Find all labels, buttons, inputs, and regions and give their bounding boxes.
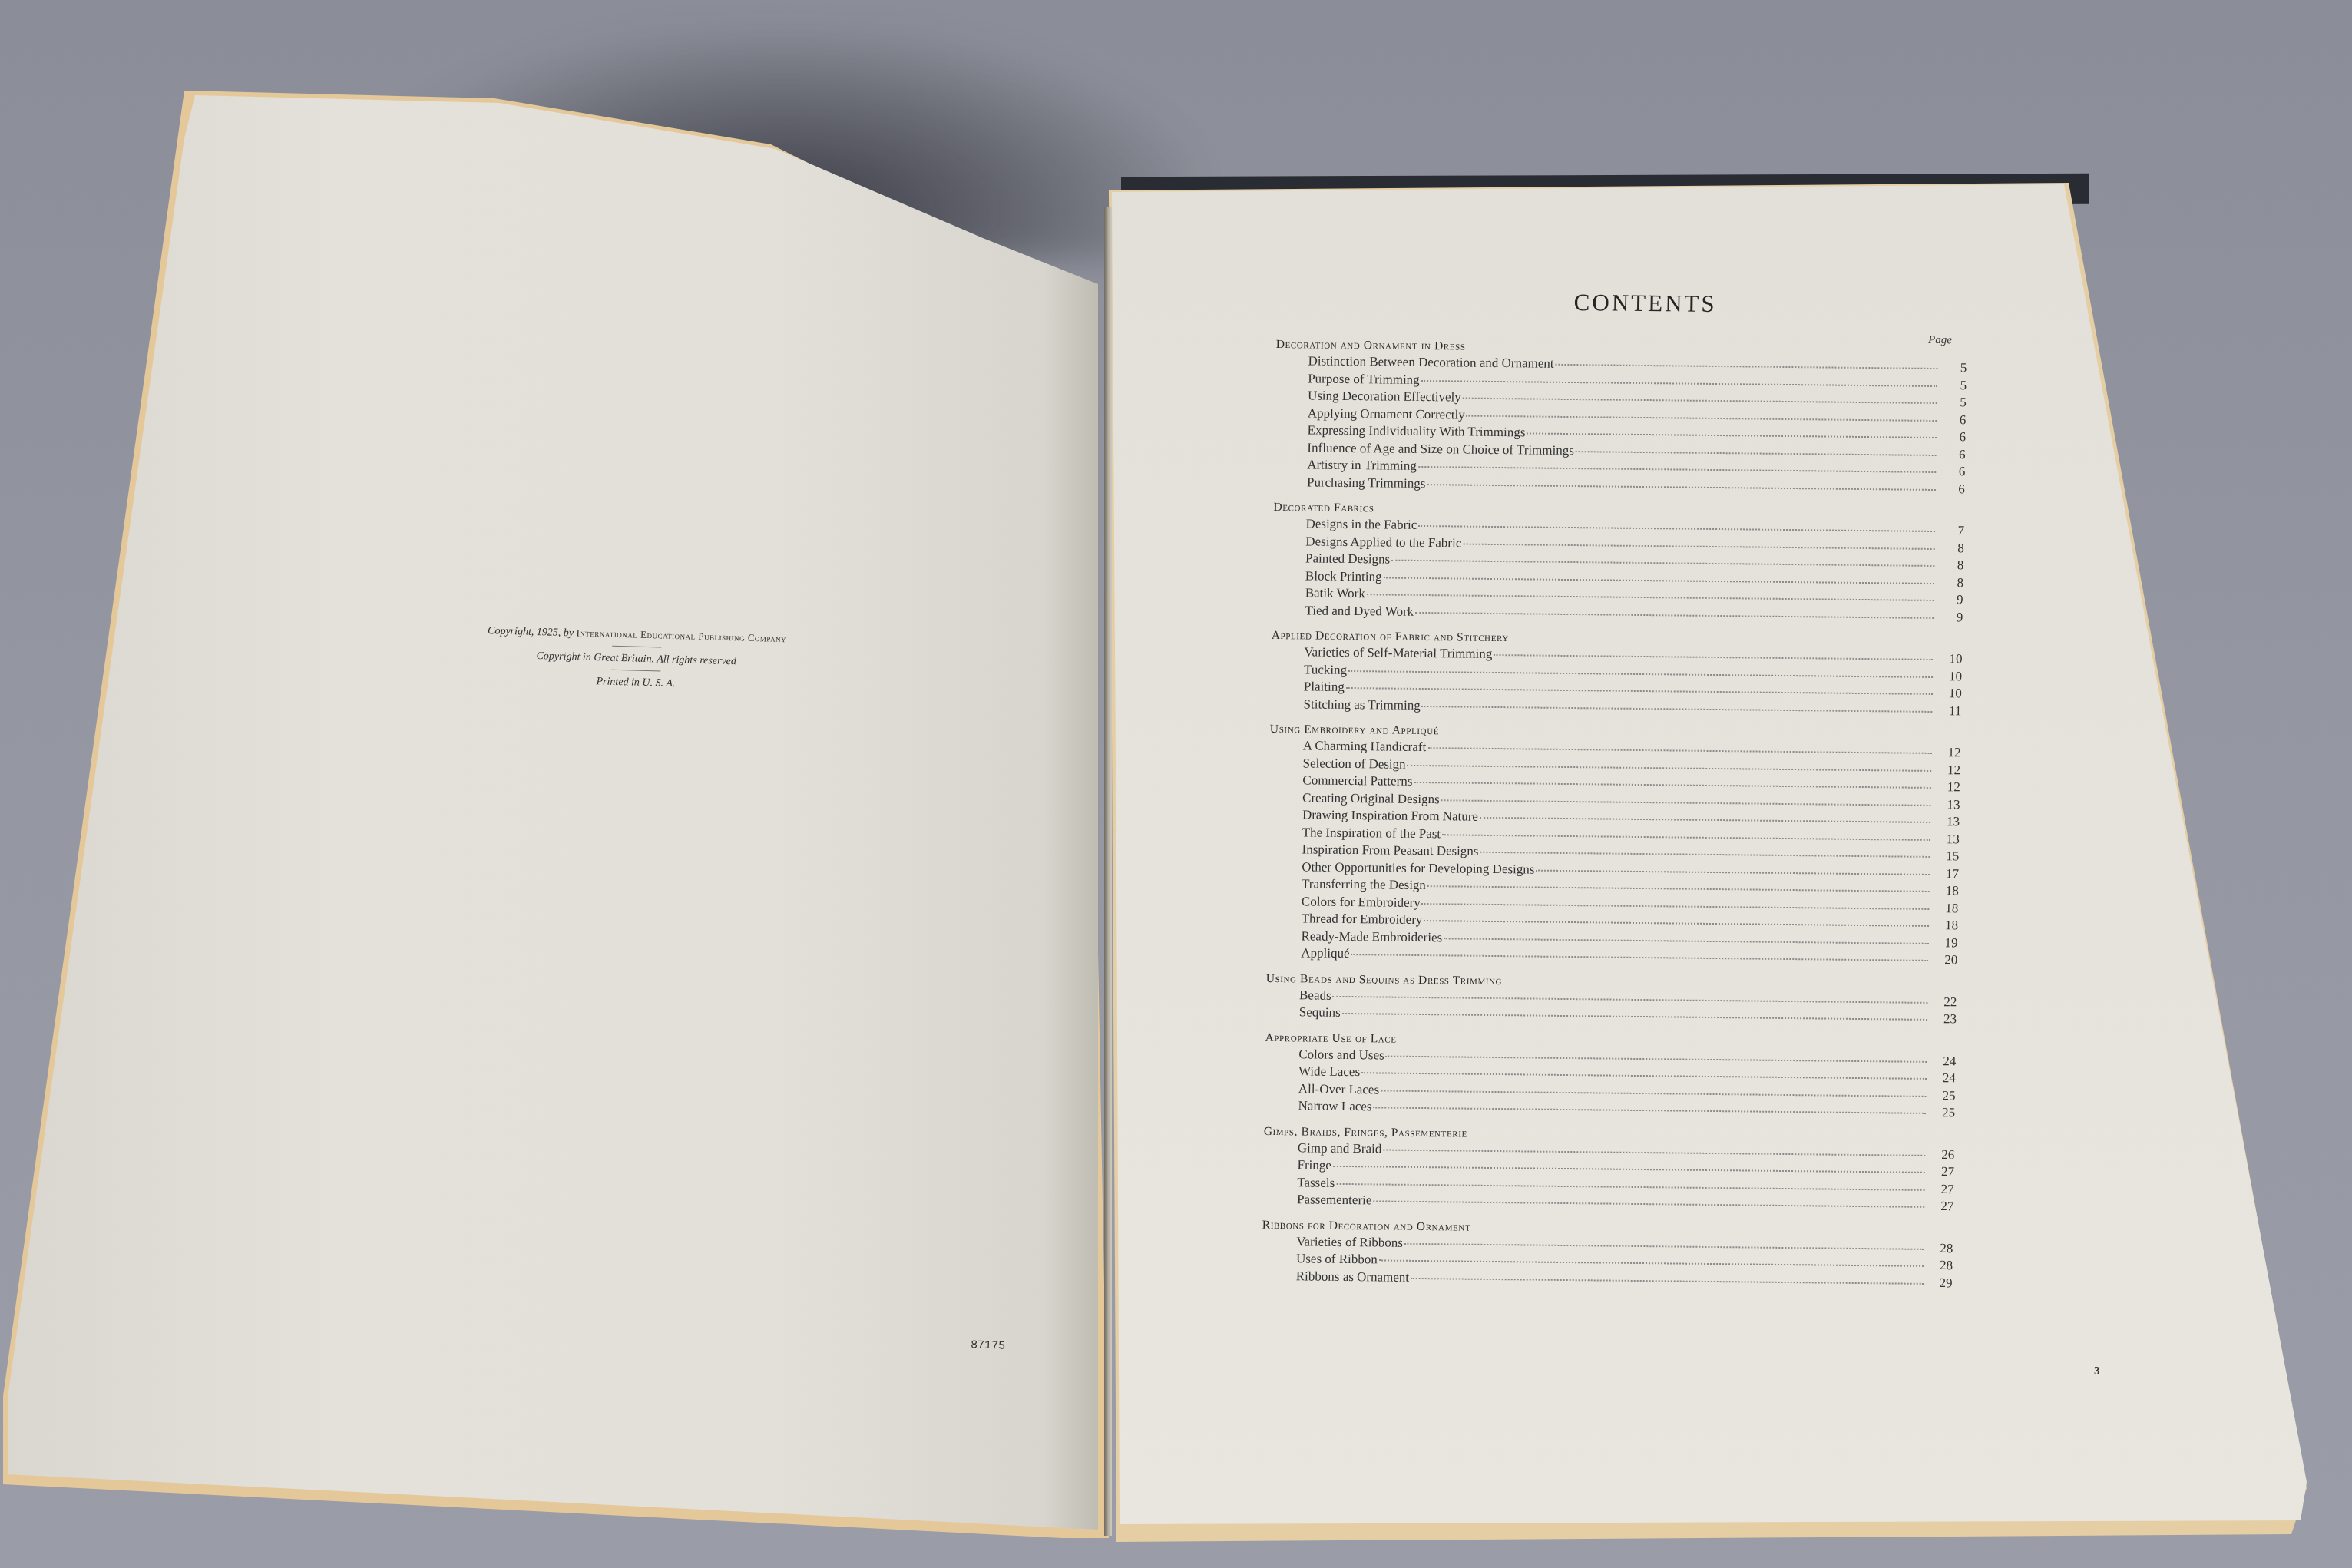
- dot-leader: [1480, 816, 1930, 823]
- dot-leader: [1367, 593, 1934, 601]
- dot-leader: [1333, 1165, 1925, 1173]
- entry-page: 17: [1937, 865, 1959, 883]
- dot-leader: [1373, 1106, 1926, 1114]
- entry-page: 28: [1931, 1257, 1953, 1275]
- entry-page: 12: [1939, 744, 1960, 762]
- dot-leader: [1422, 705, 1933, 713]
- entry-page: 15: [1937, 848, 1959, 865]
- entry-title: Inspiration From Peasant Designs: [1302, 841, 1478, 860]
- dot-leader: [1384, 576, 1935, 584]
- entry-title: Painted Designs: [1305, 550, 1390, 568]
- entry-page: 25: [1934, 1087, 1955, 1105]
- dot-leader: [1536, 868, 1930, 875]
- toc-section: Appropriate Use of LaceColors and Uses24…: [1264, 1030, 1957, 1121]
- dot-leader: [1494, 653, 1933, 660]
- toc-section: Decoration and Ornament in DressDistinct…: [1274, 337, 1967, 498]
- dot-leader: [1415, 610, 1934, 618]
- entry-title: Designs in the Fabric: [1305, 515, 1417, 534]
- entry-page: 24: [1934, 1053, 1956, 1070]
- dot-leader: [1424, 919, 1929, 927]
- entry-page: 13: [1938, 796, 1960, 814]
- entry-title: Narrow Laces: [1298, 1097, 1371, 1116]
- entry-title: Appliqué: [1301, 944, 1350, 962]
- entry-title: Batik Work: [1305, 584, 1365, 602]
- entry-page: 9: [1941, 591, 1963, 609]
- dot-leader: [1408, 763, 1932, 771]
- entry-title: Purpose of Trimming: [1308, 370, 1420, 389]
- entry-page: 6: [1943, 463, 1965, 481]
- dot-leader: [1418, 465, 1936, 473]
- entry-title: Selection of Design: [1302, 755, 1405, 773]
- entry-title: Gimp and Braid: [1298, 1140, 1382, 1158]
- entry-title: Varieties of Self-Material Trimming: [1304, 643, 1492, 663]
- copyright-notice: Copyright, 1925, by International Educat…: [398, 622, 875, 700]
- entry-title: All-Over Laces: [1298, 1080, 1380, 1099]
- toc-section: Ribbons for Decoration and OrnamentVarie…: [1262, 1217, 1953, 1292]
- entry-title: Tassels: [1297, 1174, 1335, 1192]
- entry-title: A Charming Handicraft: [1303, 737, 1427, 756]
- entry-title: Stitching as Trimming: [1304, 696, 1421, 714]
- entry-page: 8: [1942, 557, 1963, 574]
- copyright-text: Copyright, 1925, by: [488, 625, 574, 639]
- toc-section: Gimps, Braids, Fringes, PassementerieGim…: [1262, 1123, 1955, 1215]
- entry-page: 13: [1938, 831, 1960, 849]
- entry-title: Colors and Uses: [1298, 1046, 1384, 1064]
- dot-leader: [1480, 851, 1930, 858]
- entry-title: Beads: [1299, 987, 1331, 1004]
- entry-page: 25: [1934, 1104, 1955, 1122]
- entry-title: Thread for Embroidery: [1302, 910, 1423, 928]
- entry-title: Purchasing Trimmings: [1307, 474, 1426, 492]
- entry-page: 18: [1937, 900, 1958, 918]
- entry-title: Distinction Between Decoration and Ornam…: [1308, 352, 1553, 372]
- divider: [612, 646, 661, 648]
- entry-title: Commercial Patterns: [1302, 772, 1412, 790]
- entry-page: 13: [1938, 813, 1960, 831]
- dot-leader: [1463, 542, 1934, 549]
- entry-page: 9: [1941, 609, 1963, 627]
- entry-title: Uses of Ribbon: [1296, 1250, 1378, 1269]
- entry-title: Designs Applied to the Fabric: [1305, 533, 1461, 552]
- entry-page: 27: [1932, 1181, 1953, 1199]
- dot-leader: [1463, 397, 1937, 404]
- entry-title: Ready-Made Embroideries: [1301, 928, 1442, 946]
- dot-leader: [1422, 902, 1930, 910]
- entry-page: 24: [1934, 1070, 1956, 1087]
- entry-title: Colors for Embroidery: [1302, 893, 1421, 911]
- entry-title: Transferring the Design: [1302, 875, 1426, 894]
- dot-leader: [1346, 686, 1933, 695]
- entry-page: 8: [1943, 540, 1964, 557]
- entry-title: Expressing Individuality With Trimmings: [1307, 422, 1525, 441]
- entry-page: 26: [1933, 1146, 1954, 1164]
- dot-leader: [1527, 432, 1937, 438]
- dot-leader: [1444, 937, 1929, 944]
- entry-title: Ribbons as Ornament: [1296, 1268, 1410, 1286]
- dot-leader: [1404, 1242, 1924, 1249]
- entry-page: 5: [1945, 359, 1967, 377]
- dot-leader: [1383, 1148, 1925, 1156]
- entry-page: 27: [1933, 1163, 1954, 1181]
- entry-page: 6: [1943, 446, 1965, 464]
- dot-leader: [1351, 953, 1929, 961]
- dot-leader: [1342, 1012, 1927, 1021]
- entry-title: Applying Ornament Correctly: [1308, 405, 1465, 424]
- entry-title: Varieties of Ribbons: [1296, 1233, 1403, 1252]
- dot-leader: [1421, 379, 1937, 386]
- page-number: 3: [2094, 1365, 2100, 1378]
- entry-title: Tied and Dyed Work: [1305, 602, 1414, 620]
- dot-leader: [1427, 483, 1936, 491]
- entry-page: 18: [1937, 882, 1959, 900]
- entry-title: Wide Laces: [1298, 1063, 1360, 1080]
- entry-title: Creating Original Designs: [1302, 789, 1440, 808]
- entry-page: 20: [1936, 951, 1957, 969]
- dot-leader: [1373, 1199, 1924, 1208]
- dot-leader: [1442, 833, 1930, 841]
- entry-page: 29: [1931, 1274, 1953, 1292]
- entry-title: The Inspiration of the Past: [1302, 824, 1441, 842]
- spine-gutter: [1104, 207, 1112, 1536]
- left-page: [8, 92, 1098, 1533]
- entry-page: 10: [1940, 668, 1962, 686]
- entry-title: Drawing Inspiration From Nature: [1302, 806, 1478, 825]
- dot-leader: [1336, 1182, 1924, 1190]
- entry-title: Tucking: [1304, 661, 1347, 679]
- entry-title: Plaiting: [1304, 678, 1345, 696]
- entry-page: 12: [1939, 779, 1960, 796]
- dot-leader: [1381, 1089, 1926, 1097]
- entry-page: 27: [1932, 1198, 1953, 1216]
- entry-page: 18: [1937, 917, 1958, 935]
- entry-page: 7: [1943, 522, 1964, 540]
- entry-page: 11: [1940, 703, 1961, 720]
- dot-leader: [1348, 670, 1933, 678]
- divider: [611, 670, 660, 672]
- print-code: 87175: [971, 1338, 1006, 1353]
- dot-leader: [1411, 1276, 1924, 1284]
- dot-leader: [1427, 885, 1930, 892]
- entry-title: Using Decoration Effectively: [1308, 387, 1461, 406]
- entry-title: Other Opportunities for Developing Desig…: [1302, 858, 1534, 878]
- dot-leader: [1414, 781, 1930, 789]
- dot-leader: [1361, 1071, 1927, 1080]
- toc-section: Using Beads and Sequins as Dress Trimmin…: [1265, 971, 1957, 1027]
- dot-leader: [1467, 414, 1937, 421]
- toc-section: Using Embroidery and AppliquéA Charming …: [1266, 722, 1961, 969]
- dot-leader: [1576, 450, 1937, 456]
- dot-leader: [1555, 363, 1937, 369]
- entry-page: 12: [1939, 762, 1960, 779]
- british-copyright: Copyright in Great Britain. All rights r…: [399, 647, 875, 672]
- entry-page: 19: [1936, 935, 1957, 952]
- entry-page: 6: [1944, 412, 1966, 429]
- entry-page: 22: [1935, 994, 1957, 1011]
- entry-title: Block Printing: [1305, 567, 1382, 586]
- table-of-contents: CONTENTS Page Decoration and Ornament in…: [1261, 286, 1968, 1301]
- entry-title: Passementerie: [1297, 1191, 1372, 1209]
- entry-page: 5: [1945, 394, 1967, 412]
- entry-page: 5: [1945, 377, 1967, 395]
- entry-page: 8: [1942, 574, 1963, 592]
- dot-leader: [1386, 1054, 1927, 1062]
- entry-title: Artistry in Trimming: [1307, 456, 1417, 475]
- toc-section: Applied Decoration of Fabric and Stitche…: [1270, 628, 1963, 719]
- entry-page: 23: [1935, 1011, 1957, 1028]
- dot-leader: [1441, 799, 1931, 806]
- toc-sections: Decoration and Ornament in DressDistinct…: [1262, 337, 1967, 1292]
- entry-page: 28: [1931, 1239, 1953, 1257]
- dot-leader: [1418, 524, 1935, 532]
- entry-title: Fringe: [1297, 1156, 1331, 1174]
- dot-leader: [1379, 1259, 1924, 1266]
- dot-leader: [1427, 746, 1931, 754]
- dot-leader: [1333, 994, 1928, 1003]
- entry-page: 10: [1940, 685, 1962, 703]
- entry-page: 6: [1943, 481, 1965, 498]
- toc-section: Decorated FabricsDesigns in the Fabric7D…: [1272, 500, 1964, 626]
- entry-page: 6: [1944, 428, 1966, 446]
- entry-title: Sequins: [1299, 1004, 1341, 1021]
- entry-page: 10: [1940, 650, 1962, 668]
- dot-leader: [1391, 559, 1934, 567]
